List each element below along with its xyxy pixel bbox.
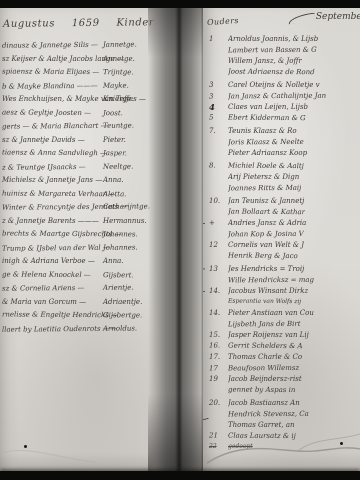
entry-number: 14. [209,309,226,317]
child-name: Teuntge. [103,122,134,130]
book-gutter [148,0,208,480]
register-entry-line: 16. Gerrit Schelders & A [207,341,360,353]
baptism-entry-line: rnelisse & Engeltje Hendricks — Gijsbert… [2,310,157,325]
baptism-entry-line: b & Mayke Blandina ——— Mayke. [2,81,157,96]
register-entry-line: Jan Bollaart & Kathar [207,207,360,219]
ink-speck [24,445,27,448]
register-entry-line: Esperantia van Wolfs zij [207,297,360,309]
entry-text: Lambert van Bassen & G [228,46,317,55]
child-name: Annetge. [103,55,135,63]
entry-number: 5 [209,113,226,121]
entry-text: Joost Adriaensz de Rond [228,68,315,77]
register-entry-line: Joannes Ritts & Maij [207,183,360,195]
baptism-entry-line: z & Jannetje Barents ——— Hermannus. [2,217,157,231]
margin-dash [203,268,205,270]
register-entry-line: Pieter Adriaansz Koop [207,149,360,160]
entry-number: 10. [209,197,226,205]
register-entry-line: 20. Jacob Bastiaansz An [207,399,360,410]
entry-number: 15. [209,331,226,339]
entry-number: 17 [209,364,226,372]
register-entry-line: 22 gedoopt [207,443,360,454]
register-entry-line: Wille Hendricksz = mag [207,275,360,287]
entry-number: 16. [209,341,226,349]
entry-number: 12 [209,241,226,249]
parents-names: sz & Cornelia Ariens — [2,284,85,293]
register-entry-line: Johan Kop & Josina V [207,229,360,241]
entry-text: Johan Kop & Josina V [228,230,304,239]
entry-number: 22 [209,443,226,450]
register-entry-line: 3 Carel Oteijns & Nolletje v [207,81,360,92]
child-name: Knierge. [103,95,133,103]
entry-number: 17. [209,353,226,361]
parents-names: spiaensz & Maria Elijaes — [2,67,99,76]
parents-names: gerts — & Maria Blanchart — [2,122,108,131]
register-entry-line: Arij Pietersz & Dign [207,173,360,184]
baptism-entry-line: inigh & Adriana Verboe — Anna. [2,257,157,271]
child-name: Arientje. [103,284,134,292]
baptism-entry-line: & Maria van Gorcum — Adriaentje. [2,298,157,312]
entry-text: Jan Bollaart & Kathar [228,208,305,217]
child-name: Jannetge. [103,41,137,49]
child-name: Aletta. [103,190,127,198]
parents-names: dinausz & Jannetge Silis — [2,41,98,50]
child-name: Mayke. [103,81,129,89]
register-entry-line: 21 Claas Laursatz & ij [207,431,360,443]
entry-text: Esperantia van Wolfs zij [228,298,301,306]
entry-text: gennet by Aspas in [228,386,295,394]
child-name: Johannes. [103,230,138,238]
parents-names: sz & Jannetje Davids — [2,136,85,144]
photo-border-bottom [0,471,360,480]
parents-names: Michielsz & Jannetje Jans — [2,176,102,184]
parents-names: Trump & IJsbel van der Wal — [2,243,110,252]
parents-names: z & Teuntge IJsaacks — [2,162,86,171]
register-entry-line: 5 Ebert Kidderman & G [207,113,360,125]
child-name: Joost. [103,109,123,117]
parents-names: huinisz & Margareta Verhaar — [2,189,115,198]
baptism-entry-line: tiaensz & Anna Sandvliegh — Jasper. [2,148,157,163]
register-entry-line: 10. Jan Teunisz & Jannetj [207,197,360,208]
entry-text: Lijsbeth Jans de Birt [228,320,301,329]
baptism-entry-line: Wes Enckhuijsen, & Mayke van Teffes — Kn… [2,95,157,109]
register-entry-line: 8. Michiel Roele & Aaltj [207,161,360,173]
baptism-entry-line: Trump & IJsbel van der Wal — Johannes. [2,243,157,258]
register-entry-line: 15. Jasper Roijensz van Lij [207,331,360,342]
entry-text: Ebert Kidderman & G [228,114,306,123]
left-page: Augustus 1659 Kinders dinausz & Jannetge… [0,8,158,471]
pen-swash-icon [288,13,316,25]
baptism-entry-line: sz & Jannetje Davids — Pieter. [2,136,157,150]
child-name: Arnoldus. [103,324,137,332]
entry-number: 3 [209,81,226,89]
entry-number: 19 [209,375,226,383]
entry-text: gedoopt [228,443,253,450]
register-entry-line: 3 Jan Jansz & Cathalijntje Jan [207,91,360,103]
entry-text: Jasper Roijensz van Lij [228,331,309,339]
entry-text: Cornelis van Welt & J [228,241,304,249]
register-entry-line: 4 Claes van Leijen, Lijsb [207,103,360,114]
register-entry-line: 19 Jacob Beijndersz-rist [207,375,360,386]
child-name: Anna. [103,176,123,184]
child-name: Catharijntge. [103,202,150,210]
entry-text: Pieter Adriaansz Koop [228,149,307,157]
entry-number: 8. [209,161,226,169]
register-entry-line: Joris Klaasz & Neelte [207,137,360,149]
entry-text: Teunis Klaasz & Ro [228,127,297,135]
register-entry-line: 7. Teunis Klaasz & Ro [207,127,360,138]
register-entry-line: 13 Jes Hendricks = Troij [207,265,360,276]
entry-text: Arnoldus Joannis, & Lijsb [228,35,318,43]
register-entry-line: Joost Adriaensz de Rond [207,67,360,79]
entry-text: Claas Laursatz & ij [228,432,296,440]
entry-text: Jan Teunisz & Jannetj [228,197,304,205]
child-name: Anna. [103,257,123,265]
ink-speck [340,442,343,445]
register-entry-line: + Andries Jansz & Adria [207,219,360,230]
entry-number: 1 [209,35,226,43]
entry-text: Thomas Charle & Co [228,353,302,361]
parents-names: & Maria van Gorcum — [2,298,86,306]
register-entry-line: 14. Pieter Anstiaan van Cou [207,309,360,320]
baptism-entry-line: gerts — & Maria Blanchart — Teuntge. [2,121,157,136]
entry-number: + [209,219,226,227]
right-page-entries: 1 Arnoldus Joannis, & Lijsb Lambert van … [207,35,360,454]
parents-names: aesz & Geyltje Joosten — [2,108,91,117]
entry-number: 20. [209,399,226,407]
month-label: September [316,12,360,22]
parents-names: tiaensz & Anna Sandvliegh — [2,148,107,157]
entry-text: Arij Pietersz & Dign [228,173,299,181]
child-name: Jasper. [103,149,127,157]
parents-names: ge & Helena Knoockel — [2,270,91,279]
register-entry-line: Lijsbeth Jans de Birt [207,319,360,331]
baptism-entry-line: dinausz & Jannetge Silis — Jannetge. [2,40,157,55]
entry-text: Claes van Leijen, Lijsb [228,103,308,111]
register-entry-line: Henrik Berg & Jaco [207,251,360,263]
child-name: Gijsbert. [103,271,134,279]
baptism-entry-line: spiaensz & Maria Elijaes — Trijntge. [2,67,157,82]
register-entry-line: Hendrick Stevensz, Ca [207,409,360,421]
parents-names: z & Jannetje Barents ——— [2,217,99,225]
register-entry-line: 1 Arnoldus Joannis, & Lijsb [207,35,360,46]
baptism-entry-line: llaert by Laetitia Oudenrots —— Arnoldus… [2,324,157,339]
entry-text: Hendrick Stevensz, Ca [228,410,309,419]
parents-names: inigh & Adriana Verboe — [2,257,95,265]
entry-text: Pieter Anstiaan van Cou [228,309,314,317]
margin-dash [203,291,205,292]
parents-names: rnelisse & Engeltje Hendricks — [2,310,118,319]
child-name: Pieter. [103,136,126,144]
margin-dash [203,223,205,224]
register-entry-line: 17 Beaufoson Willemsz [207,363,360,375]
left-page-header: Augustus 1659 Kinders [3,17,158,30]
register-entry-line: 12 Cornelis van Welt & J [207,241,360,252]
photo-border-top [0,0,360,8]
baptism-entry-line: sz Keijser & Aaltje Jacobs lange — Annet… [2,55,157,69]
right-page: Ouders September 1 Arnoldus Joannis, & L… [203,8,360,471]
left-page-lines: dinausz & Jannetge Silis — Jannetge. sz … [2,41,157,338]
baptism-entry-line: huinisz & Margareta Verhaar — Aletta. [2,189,157,204]
register-entry-line: Thomas Garret, an [207,421,360,432]
entry-number: 21 [209,431,226,439]
entry-text: Thomas Garret, an [228,421,295,429]
register-entry-line: Willem Jansz, & Joffr [207,57,360,68]
entry-text: Jacob Beijndersz-rist [228,375,302,383]
entry-text: Jes Hendricks = Troij [228,265,304,273]
entry-number: 3 [209,92,226,100]
entry-text: Carel Oteijns & Nolletje v [228,81,320,89]
baptism-entry-line: z & Teuntge IJsaacks — Neeltge. [2,162,157,177]
register-entry-line: 14. Jacobus Winsant Dirkz [207,287,360,298]
entry-text: Jan Jansz & Cathalijntje Jan [228,92,326,101]
entry-text: Andries Jansz & Adria [228,219,306,227]
baptism-entry-line: Michielsz & Jannetje Jans — Anna. [2,176,157,190]
entry-text: Wille Hendricksz = mag [228,276,314,285]
entry-number: 13 [209,265,226,273]
right-page-header-month: September [288,12,360,22]
baptism-entry-line: brechts & Maartge Gijsbrechts — Johannes… [2,229,157,244]
child-name: Gijsbertge. [103,311,142,319]
entry-text: Michiel Roele & Aaltj [228,162,304,171]
baptism-entry-line: ge & Helena Knoockel — Gijsbert. [2,270,157,285]
right-page-header-ouders: Ouders [207,16,239,27]
parents-names: b & Mayke Blandina ——— [2,81,98,90]
manuscript-photo: Augustus 1659 Kinders dinausz & Jannetge… [0,0,360,480]
register-entry-line: gennet by Aspas in [207,385,360,397]
entry-text: Jacobus Winsant Dirkz [228,287,308,295]
entry-text: Henrik Berg & Jaco [228,252,298,260]
baptism-entry-line: Winter & Francyntje des Jennets — Cathar… [2,202,157,217]
entry-number: 7. [209,127,226,135]
entry-text: Gerrit Schelders & A [228,342,303,351]
baptism-entry-line: aesz & Geyltje Joosten — Joost. [2,108,157,123]
child-name: Hermannus. [103,217,147,225]
register-entry-line: Lambert van Bassen & G [207,45,360,57]
entry-number: 14. [209,287,226,295]
entry-text: Beaufoson Willemsz [228,364,299,372]
register-entry-line: 17. Thomas Charle & Co [207,353,360,364]
baptism-entry-line: sz & Cornelia Ariens — Arientje. [2,283,157,298]
child-name: Trijntge. [103,68,134,76]
entry-text: Joris Klaasz & Neelte [228,138,304,147]
entry-number: 4 [209,103,226,113]
entry-text: Joannes Ritts & Maij [228,184,301,193]
parents-names: llaert by Laetitia Oudenrots —— [2,324,117,333]
child-name: Adriaentje. [103,298,142,306]
entry-text: Jacob Bastiaansz An [228,399,300,407]
entry-text: Willem Jansz, & Joffr [228,57,302,65]
child-name: Johannes. [103,243,138,251]
child-name: Neeltge. [103,162,133,170]
